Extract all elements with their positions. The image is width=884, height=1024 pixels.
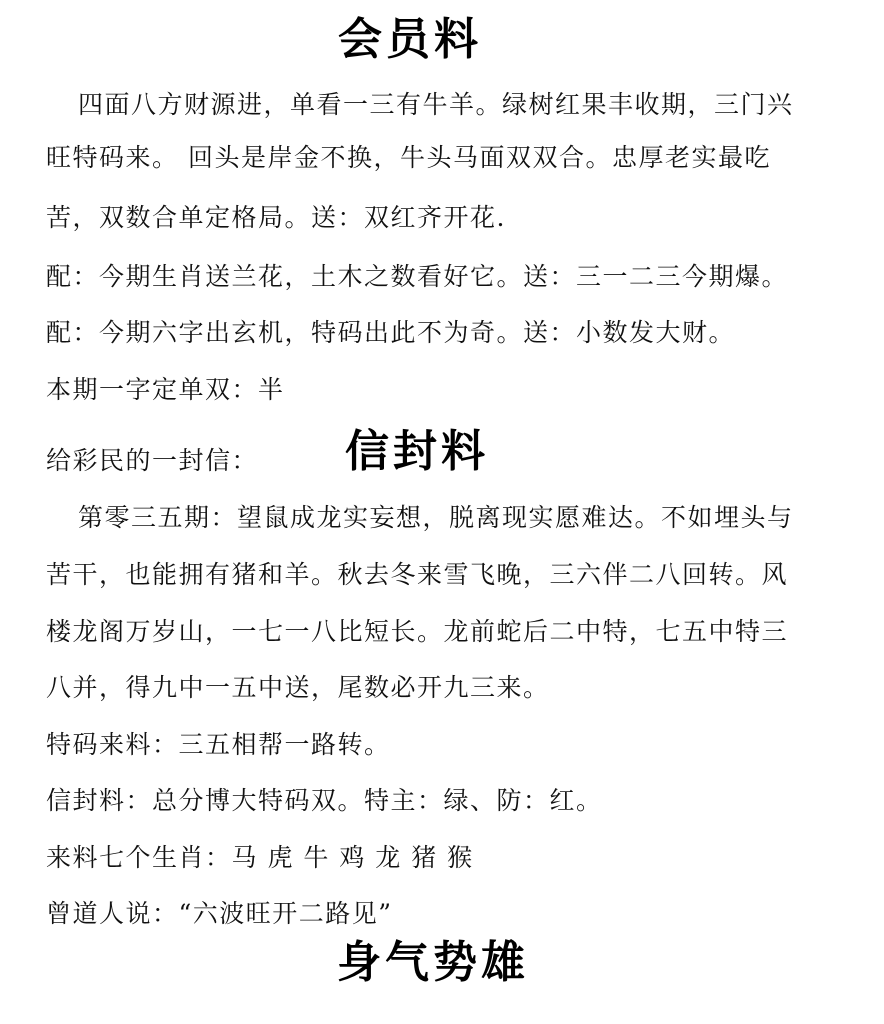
text-line: 配：今期生肖送兰花，土木之数看好它。送：三一二三今期爆。 — [46, 262, 788, 292]
text-line: 苦干，也能拥有猪和羊。秋去冬来雪飞晚，三六伴二八回转。风 — [46, 560, 788, 590]
section-title-member-material: 会员料 — [338, 15, 482, 65]
text-line: 苦，双数合单定格局。送：双红齐开花. — [46, 203, 506, 233]
text-line: 旺特码来。 回头是岸金不换，牛头马面双双合。忠厚老实最吃 — [46, 143, 771, 173]
section-title-envelope-material: 信封料 — [345, 427, 489, 477]
section-title-strong-momentum: 身气势雄 — [337, 938, 529, 988]
letter-prefix-label: 给彩民的一封信： — [46, 446, 258, 476]
text-line: 配：今期六字出玄机，特码出此不为奇。送：小数发大财。 — [46, 318, 735, 348]
text-line: 八并，得九中一五中送，尾数必开九三来。 — [46, 673, 550, 703]
text-line: 曾道人说：“六波旺开二路见” — [46, 899, 393, 929]
text-line: 四面八方财源进，单看一三有牛羊。绿树红果丰收期，三门兴 — [78, 90, 794, 120]
text-line: 第零三五期：望鼠成龙实妄想，脱离现实愿难达。不如埋头与 — [78, 503, 794, 533]
text-line: 特码来料：三五相帮一路转。 — [46, 730, 391, 760]
text-line: 来料七个生肖：马 虎 牛 鸡 龙 猪 猴 — [46, 843, 474, 873]
text-line: 楼龙阁万岁山，一七一八比短长。龙前蛇后二中特，七五中特三 — [46, 617, 788, 647]
text-line: 本期一字定单双：半 — [46, 375, 285, 405]
text-line: 信封料：总分博大特码双。特主：绿、防：红。 — [46, 786, 603, 816]
